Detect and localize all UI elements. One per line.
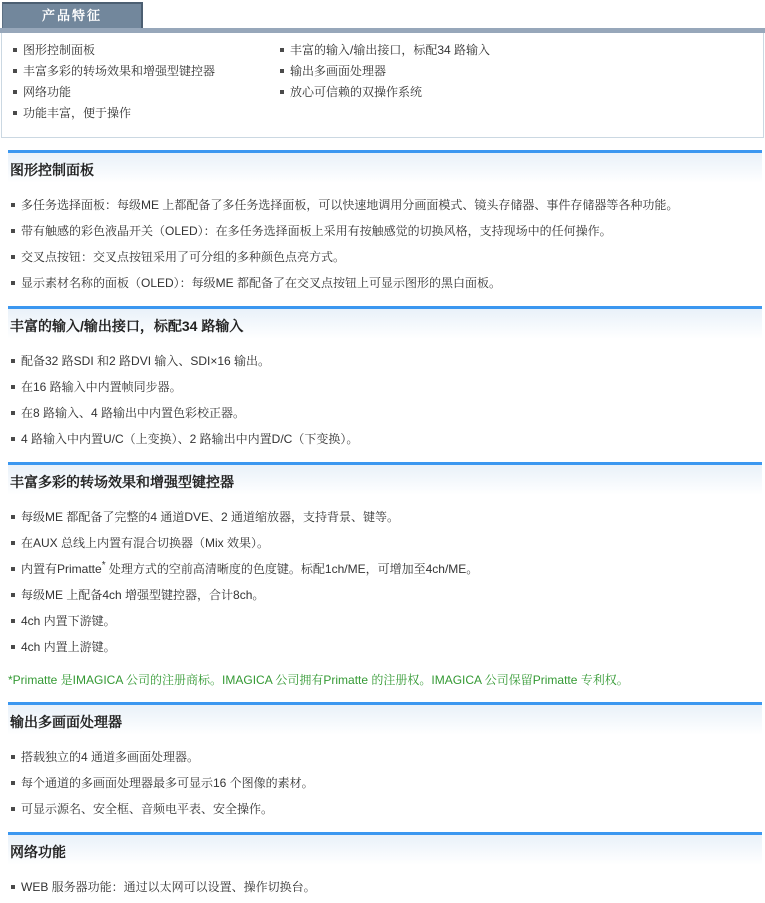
section-header: 网络功能 — [8, 832, 762, 864]
overview-item: 放心可信赖的双操作系统 — [279, 82, 755, 103]
section-transitions-keyers: 丰富多彩的转场效果和增强型键控器 每级ME 都配备了完整的4 通道DVE、2 通… — [8, 462, 762, 690]
bullet-item: 配备32 路SDI 和2 路DVI 输入、SDI×16 输出。 — [10, 351, 762, 372]
overview-item: 丰富的输入/输出接口，标配34 路输入 — [279, 40, 755, 61]
primatte-trademark-note: *Primatte 是IMAGICA 公司的注册商标。IMAGICA 公司拥有P… — [8, 670, 762, 690]
bullet-item: 在16 路输入中内置帧同步器。 — [10, 377, 762, 398]
bullet-item: 可显示源名、安全框、音频电平表、安全操作。 — [10, 799, 762, 820]
overview-item: 网络功能 — [12, 82, 279, 103]
bullet-item: WEB 服务器功能：通过以太网可以设置、操作切换台。 — [10, 877, 762, 898]
overview-item: 图形控制面板 — [12, 40, 279, 61]
bullet-list: WEB 服务器功能：通过以太网可以设置、操作切换台。 — [10, 877, 762, 898]
bullet-item: 在AUX 总线上内置有混合切换器（Mix 效果）。 — [10, 533, 762, 554]
section-title: 图形控制面板 — [10, 161, 762, 180]
bullet-item: 每个通道的多画面处理器最多可显示16 个图像的素材。 — [10, 773, 762, 794]
bullet-item: 4ch 内置下游键。 — [10, 611, 762, 632]
product-features-tab: 产品特征 — [2, 2, 143, 28]
section-input-output: 丰富的输入/输出接口，标配34 路输入 配备32 路SDI 和2 路DVI 输入… — [8, 306, 762, 450]
primatte-text-post: 处理方式的空前高清晰度的色度键。标配1ch/ME，可增加至4ch/ME。 — [106, 562, 479, 576]
bullet-item-primatte: 内置有Primatte* 处理方式的空前高清晰度的色度键。标配1ch/ME，可增… — [10, 559, 762, 580]
bullet-item: 在8 路输入、4 路输出中内置色彩校正器。 — [10, 403, 762, 424]
bullet-list: 配备32 路SDI 和2 路DVI 输入、SDI×16 输出。 在16 路输入中… — [10, 351, 762, 450]
bullet-item: 每级ME 上配备4ch 增强型键控器，合计8ch。 — [10, 585, 762, 606]
bullet-item: 每级ME 都配备了完整的4 通道DVE、2 通道缩放器，支持背景、键等。 — [10, 507, 762, 528]
section-header: 丰富的输入/输出接口，标配34 路输入 — [8, 306, 762, 338]
bullet-item: 交叉点按钮：交叉点按钮采用了可分组的多种颜色点亮方式。 — [10, 247, 762, 268]
section-header: 图形控制面板 — [8, 150, 762, 182]
bullet-item: 显示素材名称的面板（OLED）：每级ME 都配备了在交叉点按钮上可显示图形的黑白… — [10, 273, 762, 294]
overview-item: 输出多画面处理器 — [279, 61, 755, 82]
section-header: 输出多画面处理器 — [8, 702, 762, 734]
section-title: 丰富的输入/输出接口，标配34 路输入 — [10, 317, 762, 336]
bullet-item: 多任务选择面板：每级ME 上都配备了多任务选择面板，可以快速地调用分画面模式、镜… — [10, 195, 762, 216]
section-title: 丰富多彩的转场效果和增强型键控器 — [10, 473, 762, 492]
overview-item: 功能丰富，便于操作 — [12, 103, 279, 124]
overview-left-list: 图形控制面板 丰富多彩的转场效果和增强型键控器 网络功能 功能丰富，便于操作 — [12, 40, 279, 124]
bullet-list: 搭载独立的4 通道多画面处理器。 每个通道的多画面处理器最多可显示16 个图像的… — [10, 747, 762, 820]
primatte-text-pre: 内置有Primatte — [21, 562, 102, 576]
section-title: 网络功能 — [10, 843, 762, 862]
bullet-item: 4ch 内置上游键。 — [10, 637, 762, 658]
section-title: 输出多画面处理器 — [10, 713, 762, 732]
product-feature-page: { "page": { "tab_label": "产品特征" }, "colo… — [0, 0, 765, 898]
section-network-functions: 网络功能 WEB 服务器功能：通过以太网可以设置、操作切换台。 — [8, 832, 762, 898]
tab-row: 产品特征 — [0, 0, 765, 28]
section-graphic-control-panel: 图形控制面板 多任务选择面板：每级ME 上都配备了多任务选择面板，可以快速地调用… — [8, 150, 762, 294]
feature-overview-box: 图形控制面板 丰富多彩的转场效果和增强型键控器 网络功能 功能丰富，便于操作 丰… — [1, 33, 764, 138]
section-multi-viewer: 输出多画面处理器 搭载独立的4 通道多画面处理器。 每个通道的多画面处理器最多可… — [8, 702, 762, 820]
overview-right-list: 丰富的输入/输出接口，标配34 路输入 输出多画面处理器 放心可信赖的双操作系统 — [279, 40, 755, 124]
bullet-item: 带有触感的彩色液晶开关（OLED）：在多任务选择面板上采用有按触感觉的切换风格，… — [10, 221, 762, 242]
bullet-list: 多任务选择面板：每级ME 上都配备了多任务选择面板，可以快速地调用分画面模式、镜… — [10, 195, 762, 294]
bullet-item: 4 路输入中内置U/C（上变换）、2 路输出中内置D/C（下变换）。 — [10, 429, 762, 450]
bullet-item: 搭载独立的4 通道多画面处理器。 — [10, 747, 762, 768]
bullet-list: 每级ME 都配备了完整的4 通道DVE、2 通道缩放器，支持背景、键等。 在AU… — [10, 507, 762, 658]
section-header: 丰富多彩的转场效果和增强型键控器 — [8, 462, 762, 494]
overview-item: 丰富多彩的转场效果和增强型键控器 — [12, 61, 279, 82]
